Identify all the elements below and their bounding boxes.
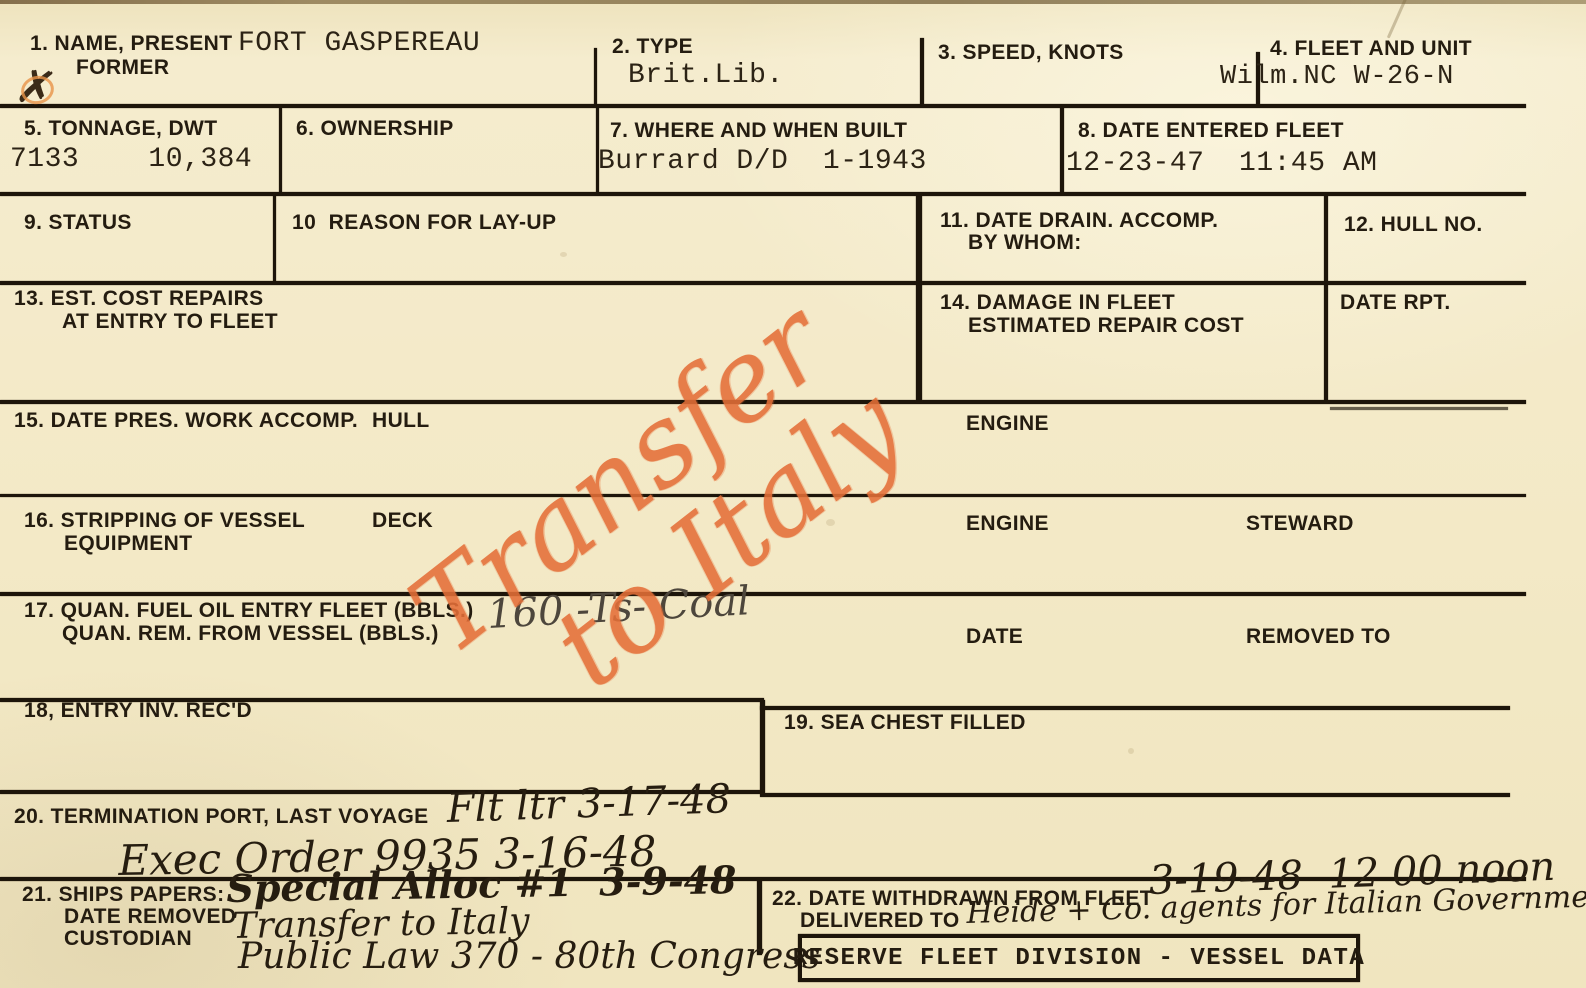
vessel-type-value: Brit.Lib. (628, 60, 784, 91)
field-deck-column-label: DECK (372, 510, 433, 532)
divider (916, 194, 922, 402)
divider (594, 48, 597, 106)
built-value: Burrard D/D 1-1943 (598, 146, 927, 177)
field-fleet-unit-label: 4. FLEET AND UNIT (1270, 38, 1472, 60)
field-tonnage-label: 5. TONNAGE, DWT (24, 118, 217, 140)
field-date-column-label: DATE (966, 626, 1023, 648)
field-ownership-label: 6. OWNERSHIP (296, 118, 454, 140)
crayon-transfer-to-italy-overlay: Transfer to Italy (392, 165, 1069, 764)
field-hull-no-label: 12. HULL NO. (1344, 214, 1483, 236)
field-hull-column-label: HULL (372, 410, 430, 432)
field-date-pres-work-label: 15. DATE PRES. WORK ACCOMP. (14, 410, 358, 432)
vessel-data-card: 1. NAME, PRESENT FORT GASPEREAU FORMER ✗… (0, 0, 1586, 988)
divider (760, 706, 1510, 710)
field-removed-to-column-label: REMOVED TO (1246, 626, 1391, 648)
field-at-entry-fleet-label: AT ENTRY TO FLEET (62, 311, 278, 333)
divider (0, 494, 1526, 497)
field-reason-layup-label: 10 REASON FOR LAY-UP (292, 212, 556, 234)
field-engine-column-label: ENGINE (966, 413, 1049, 435)
field-date-entered-fleet-label: 8. DATE ENTERED FLEET (1078, 120, 1344, 142)
field-sea-chest-filled-label: 19. SEA CHEST FILLED (784, 712, 1026, 734)
field-status-label: 9. STATUS (24, 212, 132, 234)
field-speed-label: 3. SPEED, KNOTS (938, 42, 1124, 64)
field-estimated-repair-cost-label: ESTIMATED REPAIR COST (968, 315, 1244, 337)
field-type-label: 2. TYPE (612, 36, 693, 58)
field-steward-column-label: STEWARD (1246, 513, 1354, 535)
field-ships-papers-label: 21. SHIPS PAPERS: (22, 884, 224, 906)
field-stripping-vessel-label: 16. STRIPPING OF VESSEL (24, 510, 305, 532)
handwritten-public-law-note: Public Law 370 - 80th Congress (238, 936, 820, 977)
reserve-fleet-stamp-box: RESERVE FLEET DIVISION - VESSEL DATA (798, 934, 1360, 982)
divider (0, 281, 1526, 285)
field-date-rpt-label: DATE RPT. (1340, 292, 1451, 314)
field-name-present-label: 1. NAME, PRESENT (30, 33, 232, 55)
paper-spot (560, 252, 567, 257)
handwritten-fleet-letter-date: Flt ltr 3-17-48 (446, 776, 732, 832)
divider (0, 192, 1526, 196)
divider (1324, 194, 1328, 402)
field-custodian-label: CUSTODIAN (64, 928, 192, 950)
card-top-edge (0, 0, 1586, 4)
paper-spot (826, 519, 835, 526)
divider (1060, 106, 1064, 194)
field-delivered-to-label: DELIVERED TO (800, 910, 960, 932)
field-fuel-oil-entry-label: 17. QUAN. FUEL OIL ENTRY FLEET (BBLS.) (24, 600, 474, 622)
field-termination-port-label: 20. TERMINATION PORT, LAST VOYAGE (14, 806, 429, 828)
handwritten-fuel-note: 160 -Ts- Coal (486, 578, 751, 638)
field-by-whom-label: BY WHOM: (968, 232, 1082, 254)
paper-spot (1128, 748, 1134, 754)
field-date-drain-label: 11. DATE DRAIN. ACCOMP. (940, 210, 1218, 232)
field-date-removed-label: DATE REMOVED (64, 906, 236, 928)
divider (760, 793, 1510, 797)
field-engine-column-label: ENGINE (966, 513, 1049, 535)
field-equipment-label: EQUIPMENT (64, 533, 192, 555)
field-est-cost-repairs-label: 13. EST. COST REPAIRS (14, 288, 264, 310)
divider (273, 194, 276, 283)
field-damage-in-fleet-label: 14. DAMAGE IN FLEET (940, 292, 1175, 314)
date-entered-fleet-value: 12-23-47 11:45 AM (1066, 148, 1377, 179)
divider (920, 38, 924, 106)
fleet-unit-value: Wilm.NC W-26-N (1220, 62, 1454, 92)
vessel-name-value: FORT GASPEREAU (238, 28, 480, 59)
field-fuel-oil-removed-label: QUAN. REM. FROM VESSEL (BBLS.) (62, 623, 439, 645)
divider (0, 400, 1526, 404)
field-name-former-label: FORMER (76, 57, 169, 79)
field-where-when-built-label: 7. WHERE AND WHEN BUILT (610, 120, 907, 142)
divider (279, 106, 282, 194)
divider (760, 700, 765, 793)
tonnage-value: 7133 10,384 (10, 144, 252, 175)
paper-crease (1387, 0, 1408, 39)
divider (0, 592, 1526, 596)
field-entry-inv-recd-label: 18, ENTRY INV. REC'D (24, 700, 252, 722)
divider (0, 104, 1526, 108)
reserve-fleet-stamp-text: RESERVE FLEET DIVISION - VESSEL DATA (793, 945, 1365, 972)
divider (1330, 407, 1508, 410)
